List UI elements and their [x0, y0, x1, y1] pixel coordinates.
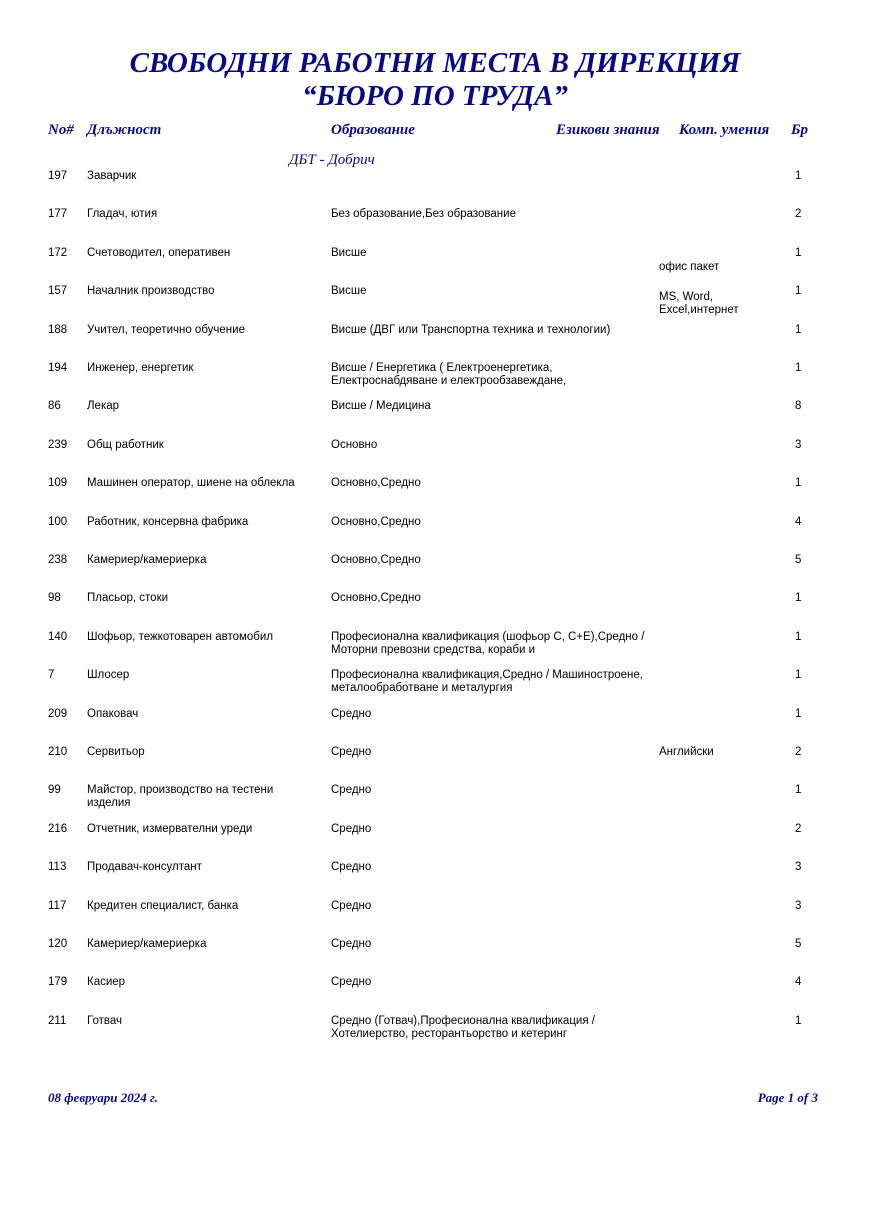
cell-number: 211: [48, 1015, 66, 1028]
cell-computer-skills: MS, Word, Excel,интернет: [659, 291, 769, 317]
cell-education: Основно,Средно: [331, 554, 651, 567]
cell-position: Продавач-консултант: [87, 861, 317, 874]
cell-count: 1: [795, 477, 801, 490]
cell-position: Пласьор, стоки: [87, 592, 317, 605]
cell-count: 4: [795, 976, 801, 989]
cell-position: Лекар: [87, 400, 317, 413]
cell-number: 177: [48, 208, 67, 221]
cell-number: 238: [48, 554, 67, 567]
cell-education: Основно,Средно: [331, 592, 651, 605]
cell-number: 98: [48, 592, 61, 605]
cell-number: 239: [48, 439, 67, 452]
cell-count: 2: [795, 823, 801, 836]
cell-education: Средно (Готвач),Професионална квалификац…: [331, 1015, 651, 1041]
cell-number: 117: [48, 900, 66, 913]
cell-position: Сервитьор: [87, 746, 317, 759]
cell-count: 1: [795, 592, 801, 605]
cell-computer-skills: офис пакет: [659, 261, 769, 274]
cell-education: Основно: [331, 439, 651, 452]
cell-education: Висше / Медицина: [331, 400, 651, 413]
cell-education: Основно,Средно: [331, 477, 651, 490]
cell-position: Гладач, ютия: [87, 208, 317, 221]
cell-education: Средно: [331, 823, 651, 836]
cell-number: 179: [48, 976, 67, 989]
cell-number: 216: [48, 823, 67, 836]
cell-education: Средно: [331, 976, 651, 989]
cell-position: Учител, теоретично обучение: [87, 324, 317, 337]
cell-education: Висше: [331, 285, 651, 298]
cell-position: Отчетник, измервателни уреди: [87, 823, 317, 836]
header-computer-skills: Комп. умения: [679, 121, 769, 139]
cell-position: Шофьор, тежкотоварен автомобил: [87, 631, 317, 644]
cell-education: Без образование,Без образование: [331, 208, 651, 221]
cell-count: 1: [795, 631, 801, 644]
cell-position: Заварчик: [87, 170, 317, 183]
cell-number: 194: [48, 362, 67, 375]
cell-position: Кредитен специалист, банка: [87, 900, 317, 913]
group-label: ДБТ - Добрич: [289, 151, 375, 169]
cell-position: Камериер/камериерка: [87, 554, 317, 567]
cell-number: 120: [48, 938, 67, 951]
cell-count: 1: [795, 247, 801, 260]
cell-position: Готвач: [87, 1015, 317, 1028]
cell-number: 210: [48, 746, 67, 759]
cell-count: 5: [795, 554, 801, 567]
cell-education: Висше: [331, 247, 651, 260]
cell-position: Касиер: [87, 976, 317, 989]
cell-count: 8: [795, 400, 801, 413]
cell-number: 197: [48, 170, 67, 183]
cell-education: Средно: [331, 708, 651, 721]
cell-number: 109: [48, 477, 67, 490]
cell-number: 188: [48, 324, 67, 337]
cell-position: Шлосер: [87, 669, 317, 682]
document-title-line-2: “БЮРО ПО ТРУДА”: [0, 80, 870, 112]
cell-education: Висше (ДВГ или Транспортна техника и тех…: [331, 324, 651, 337]
cell-position: Инженер, енергетик: [87, 362, 317, 375]
cell-position: Опаковач: [87, 708, 317, 721]
cell-education: Професионална квалификация (шофьор С, С+…: [331, 631, 651, 657]
header-education: Образование: [331, 121, 415, 139]
cell-languages: Английски: [659, 746, 714, 759]
cell-position: Камериер/камериерка: [87, 938, 317, 951]
document-title-line-1: СВОБОДНИ РАБОТНИ МЕСТА В ДИРЕКЦИЯ: [0, 47, 870, 79]
cell-number: 100: [48, 516, 67, 529]
cell-position: Счетоводител, оперативен: [87, 247, 317, 260]
cell-education: Професионална квалификация,Средно / Маши…: [331, 669, 651, 695]
cell-position: Работник, консервна фабрика: [87, 516, 317, 529]
cell-position: Машинен оператор, шиене на облекла: [87, 477, 317, 490]
cell-count: 1: [795, 324, 801, 337]
cell-number: 157: [48, 285, 67, 298]
header-position: Длъжност: [87, 121, 161, 139]
cell-education: Средно: [331, 900, 651, 913]
cell-count: 3: [795, 439, 801, 452]
cell-count: 1: [795, 784, 801, 797]
cell-count: 1: [795, 170, 801, 183]
cell-number: 209: [48, 708, 67, 721]
cell-education: Средно: [331, 784, 651, 797]
cell-education: Средно: [331, 861, 651, 874]
cell-education: Средно: [331, 938, 651, 951]
cell-count: 1: [795, 285, 801, 298]
cell-count: 1: [795, 1015, 801, 1028]
cell-number: 99: [48, 784, 61, 797]
cell-education: Средно: [331, 746, 651, 759]
header-languages: Езикови знания: [556, 121, 660, 139]
cell-number: 7: [48, 669, 54, 682]
cell-position: Общ работник: [87, 439, 317, 452]
header-no: No#: [48, 121, 74, 139]
cell-number: 172: [48, 247, 67, 260]
cell-count: 2: [795, 746, 801, 759]
cell-number: 140: [48, 631, 67, 644]
cell-number: 86: [48, 400, 61, 413]
cell-position: Майстор, производство на тестени изделия: [87, 784, 317, 810]
cell-count: 4: [795, 516, 801, 529]
cell-education: Основно,Средно: [331, 516, 651, 529]
footer-page-number: Page 1 of 3: [758, 1090, 818, 1106]
cell-count: 3: [795, 900, 801, 913]
cell-number: 113: [48, 861, 66, 874]
cell-position: Началник производство: [87, 285, 317, 298]
cell-education: Висше / Енергетика ( Електроенергетика, …: [331, 362, 651, 388]
cell-count: 1: [795, 362, 801, 375]
cell-count: 5: [795, 938, 801, 951]
cell-count: 1: [795, 669, 801, 682]
footer-date: 08 февруари 2024 г.: [48, 1090, 158, 1106]
cell-count: 3: [795, 861, 801, 874]
cell-count: 1: [795, 708, 801, 721]
header-count: Бр: [791, 121, 808, 139]
cell-count: 2: [795, 208, 801, 221]
